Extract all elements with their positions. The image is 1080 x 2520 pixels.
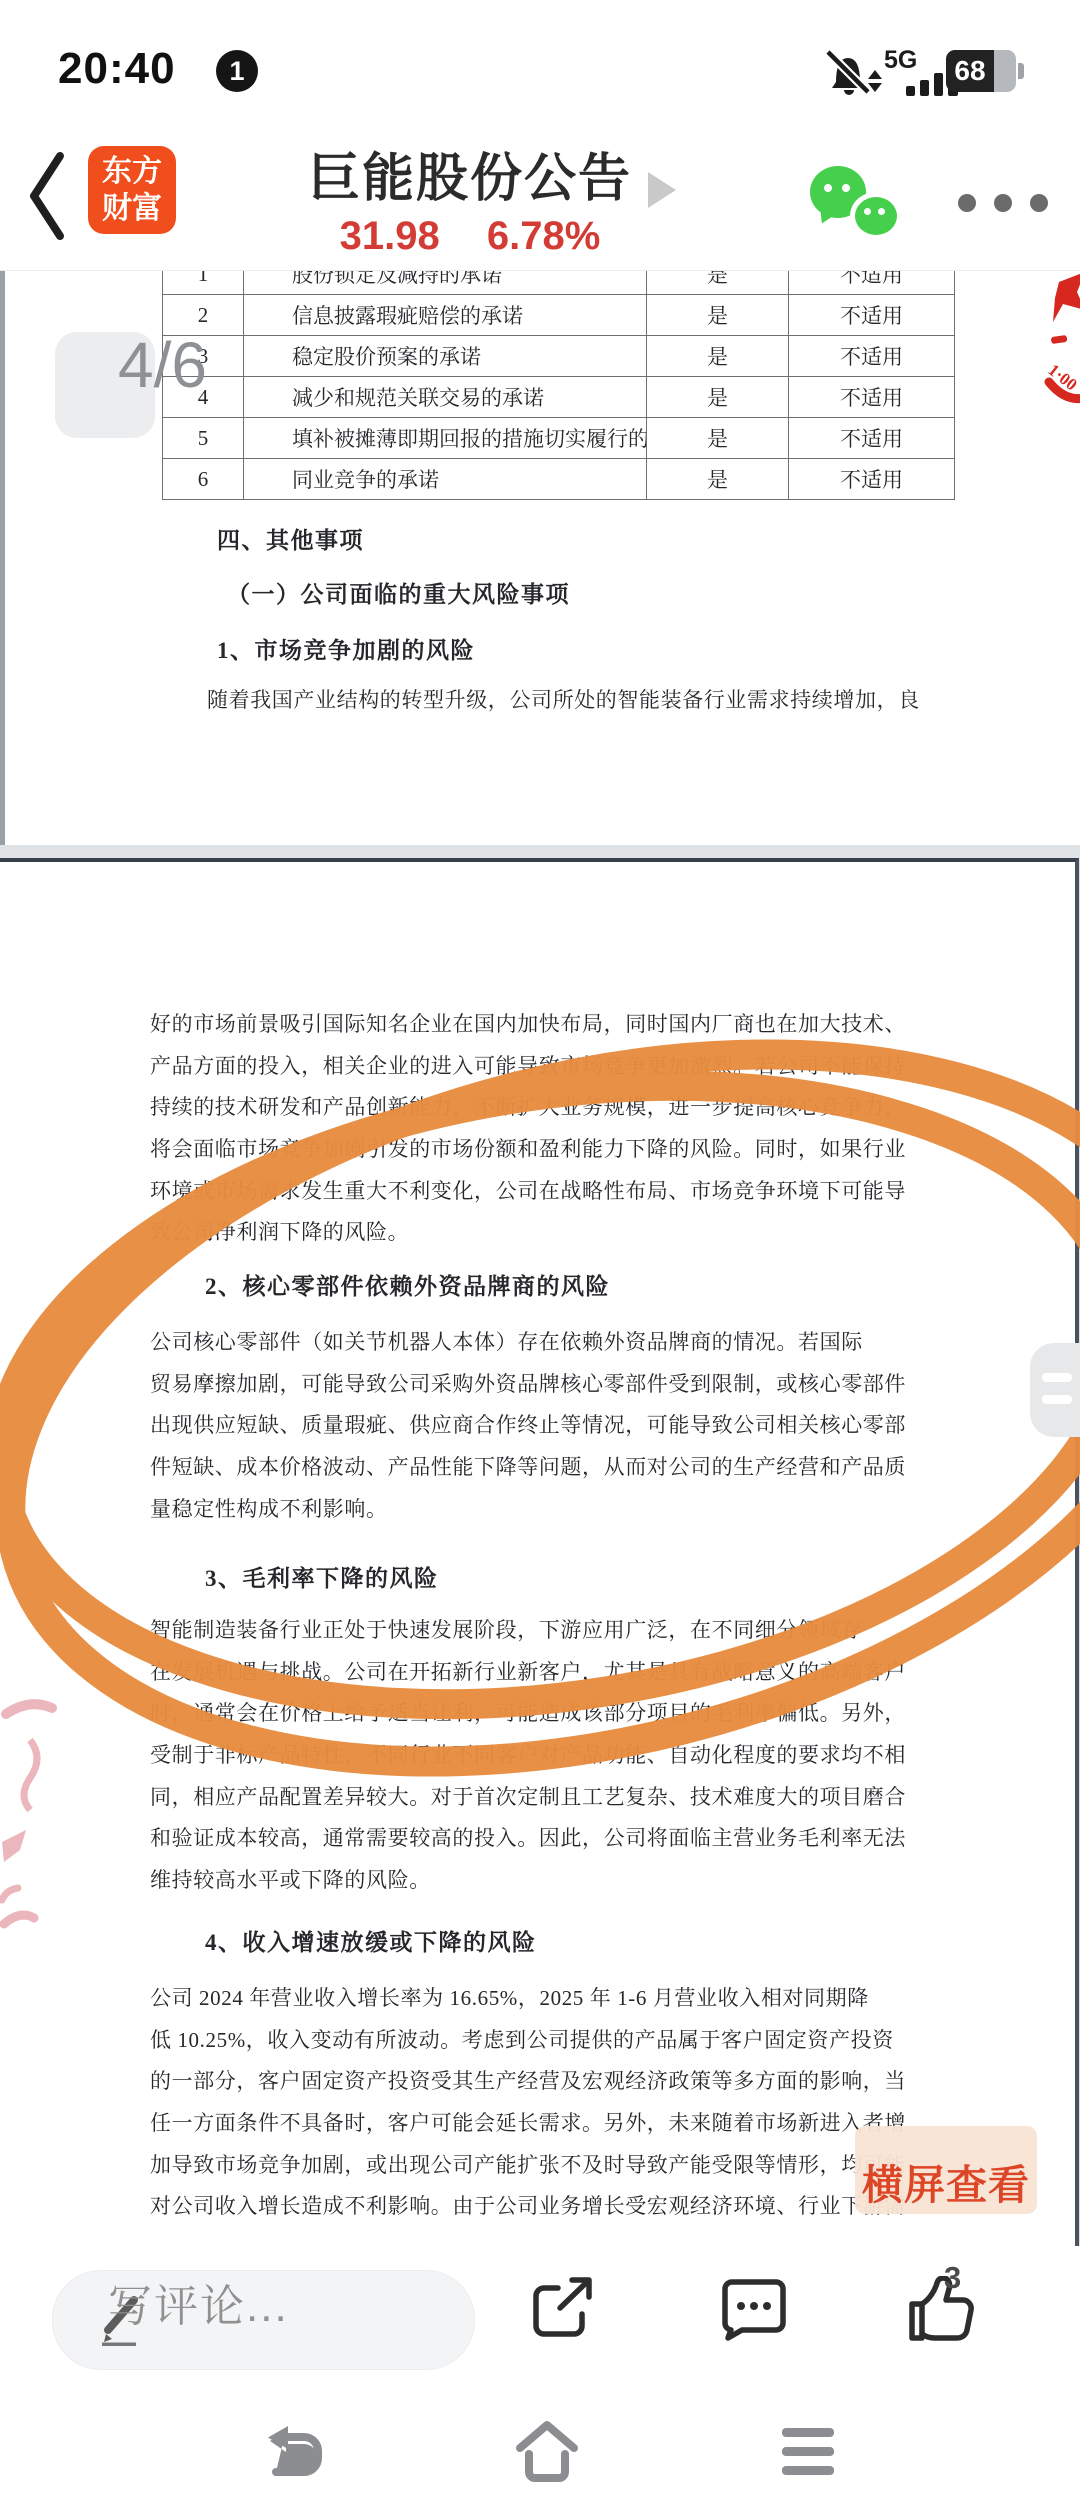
risk1-title: 1、市场竞争加剧的风险 — [217, 632, 475, 665]
table-cell-na: 不适用 — [789, 418, 954, 458]
table-cell-yes: 是 — [647, 336, 789, 376]
document-text-line: 好的市场前景吸引国际知名企业在国内加快布局，同时国内厂商也在加大技术、 — [150, 1008, 940, 1050]
nav-menu-icon[interactable] — [780, 2424, 836, 2480]
page5-paragraph-1: 好的市场前景吸引国际知名企业在国内加快布局，同时国内厂商也在加大技术、产品方面的… — [150, 1008, 940, 1258]
stock-change: 6.78% — [487, 214, 600, 258]
logo-text-top: 东方 — [88, 153, 176, 190]
risk4-title: 4、收入增速放缓或下降的风险 — [205, 1924, 537, 1957]
table-cell-yes: 是 — [647, 377, 789, 417]
table-cell-na: 不适用 — [789, 270, 954, 294]
table-row: 4 减少和规范关联交易的承诺 是 不适用 — [163, 376, 954, 417]
document-text-line: 量稳定性构成不利影响。 — [150, 1493, 940, 1535]
nav-back-icon[interactable] — [266, 2424, 326, 2482]
document-text-line: 对公司收入增长造成不利影响。由于公司业务增长受宏观经济环境、行业下游需 — [150, 2190, 940, 2232]
page5-paragraph-3: 智能制造装备行业正处于快速发展阶段，下游应用广泛，在不同细分领域存在发展机遇与挑… — [150, 1614, 940, 1906]
commitment-table: 1 股份锁定及减持的承诺 是 不适用 2 信息披露瑕疵赔偿的承诺 是 不适用 3… — [162, 270, 955, 500]
document-text-line: 加导致市场竞争加剧，或出现公司产能扩张不及时导致产能受限等情形，均可能 — [150, 2149, 940, 2191]
document-text-line: 时，通常会在价格上给予适当让利，可能造成该部分项目的毛利率偏低。另外， — [150, 1697, 940, 1739]
page5-paragraph-4: 公司 2024 年营业收入增长率为 16.65%，2025 年 1-6 月营业收… — [150, 1982, 940, 2232]
section-title: 四、其他事项 — [217, 522, 364, 555]
signal-strength-icon — [884, 66, 950, 96]
document-text-line: 在发展机遇与挑战。公司在开拓新行业新客户，尤其是具有战略意义的高端客户 — [150, 1656, 940, 1698]
table-cell-description: 信息披露瑕疵赔偿的承诺 — [244, 295, 647, 335]
comment-placeholder: 写评论... — [108, 2270, 289, 2334]
clock: 20:40 — [58, 44, 176, 94]
share-icon[interactable] — [530, 2276, 596, 2342]
table-cell-description: 同业竞争的承诺 — [244, 459, 647, 499]
table-cell-description: 填补被摊薄即期回报的措施切实履行的承诺 — [244, 418, 647, 458]
notification-badge: 1 — [216, 50, 258, 92]
system-nav-bar — [0, 2404, 1080, 2484]
page-title: 巨能股份公告 — [240, 136, 700, 211]
document-text-line: 将会面临市场竞争加剧引发的市场份额和盈利能力下降的风险。同时，如果行业 — [150, 1133, 940, 1175]
table-row: 6 同业竞争的承诺 是 不适用 — [163, 458, 954, 499]
document-text-line: 出现供应短缺、质量瑕疵、供应商合作终止等情况，可能导致公司相关核心零部 — [150, 1409, 940, 1451]
document-text-line: 贸易摩擦加剧，可能导致公司采购外资品牌核心零部件受到限制，或核心零部件 — [150, 1368, 940, 1410]
document-text-line: 维持较高水平或下降的风险。 — [150, 1864, 940, 1906]
document-text-line: 的一部分，客户固定资产投资受其生产经营及宏观经济政策等多方面的影响，当 — [150, 2065, 940, 2107]
document-text-line: 和验证成本较高，通常需要较高的投入。因此，公司将面临主营业务毛利率无法 — [150, 1822, 940, 1864]
table-cell-na: 不适用 — [789, 377, 954, 417]
battery-icon: 68 — [946, 50, 1016, 92]
page-indicator: 4/6 — [118, 328, 207, 402]
landscape-view-button[interactable]: 横屏查看 — [855, 2126, 1037, 2214]
document-text-line: 低 10.25%，收入变动有所波动。考虑到公司提供的产品属于客户固定资产投资 — [150, 2024, 940, 2066]
risk3-title: 3、毛利率下降的风险 — [205, 1560, 439, 1593]
table-cell-yes: 是 — [647, 295, 789, 335]
table-row: 3 稳定股价预案的承诺 是 不适用 — [163, 335, 954, 376]
table-cell-description: 减少和规范关联交易的承诺 — [244, 377, 647, 417]
table-row: 1 股份锁定及减持的承诺 是 不适用 — [163, 270, 954, 294]
risk1-paragraph-line: 随着我国产业结构的转型升级，公司所处的智能装备行业需求持续增加，良 — [163, 684, 920, 726]
battery-level: 68 — [946, 50, 994, 92]
risk2-title: 2、核心零部件依赖外资品牌商的风险 — [205, 1268, 610, 1301]
pink-seal-fragment — [0, 1692, 70, 1952]
table-cell-na: 不适用 — [789, 295, 954, 335]
comments-icon[interactable] — [720, 2276, 788, 2342]
page5-paragraph-2: 公司核心零部件（如关节机器人本体）存在依赖外资品牌商的情况。若国际贸易摩擦加剧，… — [150, 1326, 940, 1534]
table-cell-yes: 是 — [647, 418, 789, 458]
like-icon[interactable] — [906, 2276, 980, 2344]
subsection-title: （一）公司面临的重大风险事项 — [227, 576, 570, 609]
document-text-line: 环境或市场需求发生重大不利变化，公司在战略性布局、市场竞争环境下可能导 — [150, 1175, 940, 1217]
table-cell-number: 1 — [163, 270, 244, 294]
app-header: 东方 财富 巨能股份公告 31.98 6.78% — [0, 96, 1080, 271]
table-cell-description: 股份锁定及减持的承诺 — [244, 270, 647, 294]
nav-home-icon[interactable] — [512, 2420, 582, 2482]
table-cell-yes: 是 — [647, 459, 789, 499]
page-gap — [0, 845, 1080, 858]
table-cell-number: 6 — [163, 459, 244, 499]
document-text-line: 公司 2024 年营业收入增长率为 16.65%，2025 年 1-6 月营业收… — [150, 1982, 940, 2024]
document-text-line: 受制于非标产品特性，不同行业不同客户对产品功能、自动化程度的要求均不相 — [150, 1739, 940, 1781]
table-cell-yes: 是 — [647, 270, 789, 294]
data-arrows-icon — [868, 70, 880, 96]
battery-nub — [1018, 63, 1024, 79]
wechat-share-icon[interactable] — [810, 162, 920, 258]
stock-quote[interactable]: 31.98 6.78% — [240, 214, 700, 259]
document-text-line: 件短缺、成本价格波动、产品性能下降等问题，从而对公司的生产经营和产品质 — [150, 1451, 940, 1493]
table-cell-na: 不适用 — [789, 336, 954, 376]
document-text-line: 智能制造装备行业正处于快速发展阶段，下游应用广泛，在不同细分领域存 — [150, 1614, 940, 1656]
document-text-line: 致公司净利润下降的风险。 — [150, 1216, 940, 1258]
back-button[interactable] — [26, 148, 70, 244]
landscape-view-label: 横屏查看 — [862, 2156, 1030, 2214]
like-count: 3 — [944, 2260, 961, 2296]
document-text-line: 同，相应产品配置差异较大。对于首次定制且工艺复杂、技术难度大的项目磨合 — [150, 1781, 940, 1823]
document-text-line: 产品方面的投入，相关企业的进入可能导致市场竞争更加激烈。若公司不能保持 — [150, 1050, 940, 1092]
document-text-line: 公司核心零部件（如关节机器人本体）存在依赖外资品牌商的情况。若国际 — [150, 1326, 940, 1368]
table-row: 5 填补被摊薄即期回报的措施切实履行的承诺 是 不适用 — [163, 417, 954, 458]
red-seal-fragment: 1·00 — [1025, 270, 1080, 450]
status-bar: 20:40 1 5G 68 — [0, 0, 1080, 96]
title-expand-icon[interactable] — [648, 172, 676, 208]
bottom-toolbar: 写评论... 3 — [0, 2246, 1080, 2520]
app-screen: 1 股份锁定及减持的承诺 是 不适用 2 信息披露瑕疵赔偿的承诺 是 不适用 3… — [0, 0, 1080, 2520]
more-menu-button[interactable] — [958, 194, 1048, 214]
table-row: 2 信息披露瑕疵赔偿的承诺 是 不适用 — [163, 294, 954, 335]
eastmoney-logo[interactable]: 东方 财富 — [88, 146, 176, 234]
table-cell-description: 稳定股价预案的承诺 — [244, 336, 647, 376]
logo-text-bottom: 财富 — [88, 190, 176, 227]
table-cell-na: 不适用 — [789, 459, 954, 499]
document-text-line: 任一方面条件不具备时，客户可能会延长需求。另外，未来随着市场新进入者增 — [150, 2107, 940, 2149]
document-text-line: 持续的技术研发和产品创新能力，不断扩大业务规模，进一步提高核心竞争力， — [150, 1091, 940, 1133]
stock-price: 31.98 — [340, 214, 440, 258]
bell-muted-icon — [822, 48, 874, 96]
edge-drag-handle[interactable] — [1030, 1343, 1080, 1437]
document-page-5[interactable]: 好的市场前景吸引国际知名企业在国内加快布局，同时国内厂商也在加大技术、产品方面的… — [0, 858, 1079, 2250]
table-cell-number: 5 — [163, 418, 244, 458]
